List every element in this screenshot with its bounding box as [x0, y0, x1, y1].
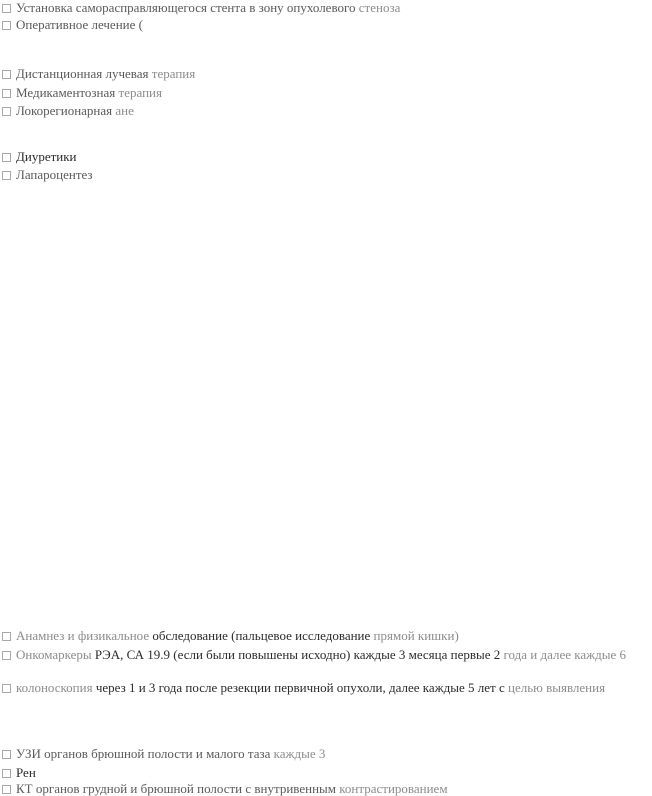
- checkbox-icon[interactable]: [2, 107, 11, 116]
- label-segment: стеноза: [359, 0, 401, 15]
- checklist-item-label: Анамнез и физикальное обследование (паль…: [16, 628, 459, 644]
- checklist-item-label: Установка саморасправляющегося стента в …: [16, 0, 400, 16]
- label-segment: колоноскопия: [16, 680, 96, 695]
- checklist-item[interactable]: Рен: [2, 765, 36, 781]
- checklist-item[interactable]: колоноскопия через 1 и 3 года после резе…: [2, 680, 605, 696]
- label-segment: Оперативное лечение (: [16, 17, 143, 32]
- checkbox-icon[interactable]: [2, 651, 11, 660]
- checkbox-icon[interactable]: [2, 750, 11, 759]
- label-segment: Дистанционная лучевая: [16, 66, 152, 81]
- label-segment: Рен: [16, 765, 36, 780]
- label-segment: каждые 3: [274, 746, 326, 761]
- label-segment: КТ органов грудной и брюшной полости с в…: [16, 781, 339, 796]
- checklist-item-label: Рен: [16, 765, 36, 781]
- checklist-item-label: Онкомаркеры РЭА, СА 19.9 (если были повы…: [16, 647, 626, 663]
- label-segment: года и далее каждые 6: [504, 647, 627, 662]
- label-segment: целью выявления: [508, 680, 605, 695]
- label-segment: терапия: [119, 85, 162, 100]
- checklist-item[interactable]: КТ органов грудной и брюшной полости с в…: [2, 781, 448, 796]
- label-segment: Лапароцентез: [16, 167, 93, 182]
- checklist-item[interactable]: Медикаментозная терапия: [2, 85, 162, 101]
- label-segment: Диуретики: [16, 149, 77, 164]
- label-segment: РЭА, СА 19.9 (если были повышены исходно…: [95, 647, 504, 662]
- checkbox-icon[interactable]: [2, 153, 11, 162]
- checkbox-icon[interactable]: [2, 785, 11, 794]
- checklist-item-label: Диуретики: [16, 149, 77, 165]
- checklist-item[interactable]: Лапароцентез: [2, 167, 93, 183]
- checklist-item-label: КТ органов грудной и брюшной полости с в…: [16, 781, 448, 796]
- label-segment: контрастированием: [339, 781, 447, 796]
- checklist-item[interactable]: Онкомаркеры РЭА, СА 19.9 (если были повы…: [2, 647, 626, 663]
- label-segment: ане: [115, 103, 134, 118]
- checklist-item-label: Дистанционная лучевая терапия: [16, 66, 195, 82]
- checklist-item[interactable]: УЗИ органов брюшной полости и малого таз…: [2, 746, 325, 762]
- label-segment: Онкомаркеры: [16, 647, 95, 662]
- label-segment: Локорегионарная: [16, 103, 115, 118]
- checkbox-icon[interactable]: [2, 89, 11, 98]
- label-segment: УЗИ органов брюшной полости и малого таз…: [16, 746, 274, 761]
- checkbox-icon[interactable]: [2, 632, 11, 641]
- checklist-item-label: Медикаментозная терапия: [16, 85, 162, 101]
- label-segment: Анамнез и физикальное: [16, 628, 152, 643]
- label-segment: Медикаментозная: [16, 85, 119, 100]
- checkbox-icon[interactable]: [2, 171, 11, 180]
- checkbox-icon[interactable]: [2, 4, 11, 13]
- label-segment: прямой кишки): [374, 628, 459, 643]
- checklist-item[interactable]: Анамнез и физикальное обследование (паль…: [2, 628, 459, 644]
- label-segment: обследование (пальцевое исследование: [152, 628, 373, 643]
- checkbox-icon[interactable]: [2, 684, 11, 693]
- checklist-item-label: колоноскопия через 1 и 3 года после резе…: [16, 680, 605, 696]
- checklist-item[interactable]: Оперативное лечение (: [2, 17, 143, 33]
- checklist-item[interactable]: Диуретики: [2, 149, 77, 165]
- checklist-item-label: УЗИ органов брюшной полости и малого таз…: [16, 746, 325, 762]
- checkbox-icon[interactable]: [2, 70, 11, 79]
- checklist-item-label: Локорегионарная ане: [16, 103, 134, 119]
- label-segment: через 1 и 3 года после резекции первично…: [96, 680, 508, 695]
- checklist-item[interactable]: Установка саморасправляющегося стента в …: [2, 0, 400, 16]
- checklist-item[interactable]: Дистанционная лучевая терапия: [2, 66, 195, 82]
- checklist-item-label: Лапароцентез: [16, 167, 93, 183]
- label-segment: Установка саморасправляющегося стента в …: [16, 0, 359, 15]
- checkbox-icon[interactable]: [2, 21, 11, 30]
- checkbox-icon[interactable]: [2, 769, 11, 778]
- checklist-item-label: Оперативное лечение (: [16, 17, 143, 33]
- label-segment: терапия: [152, 66, 195, 81]
- checklist-item[interactable]: Локорегионарная ане: [2, 103, 134, 119]
